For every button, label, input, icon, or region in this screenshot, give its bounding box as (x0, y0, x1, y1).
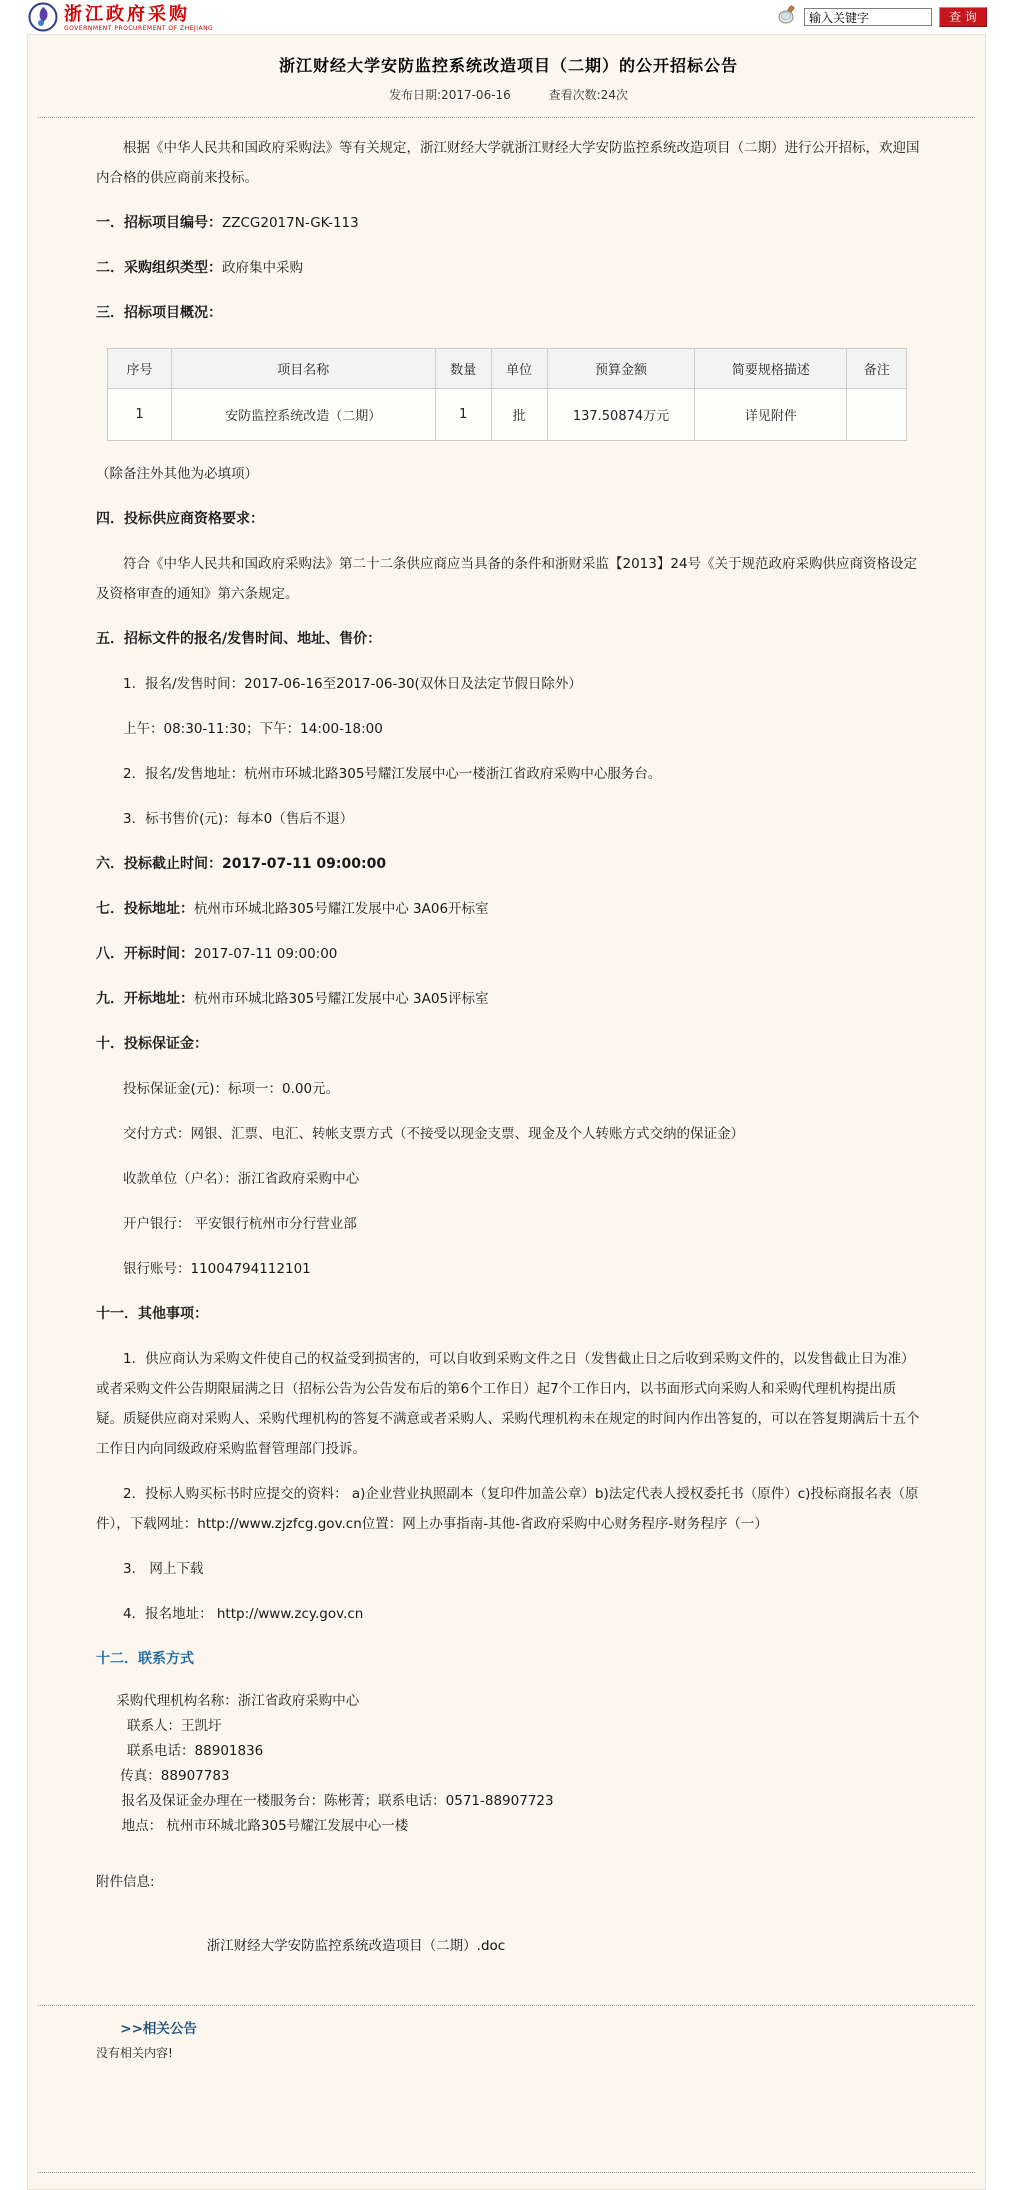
other-matters-item2: 2．投标人购买标书时应提交的资料： a)企业营业执照副本（复印件加盖公章）b)法… (96, 1479, 921, 1539)
section-3-overview: 三．招标项目概况： (96, 298, 921, 328)
project-number-value: ZZCG2017N-GK-113 (222, 215, 359, 231)
site-header: 浙江政府采购 GOVERNMENT PROCUREMENT OF ZHEJIAN… (0, 0, 1013, 34)
section-8-open-time: 八．开标时间：2017-07-11 09:00:00 (96, 939, 921, 969)
bid-address-value: 杭州市环城北路305号耀江发展中心 3A06开标室 (194, 901, 489, 917)
deposit-account: 银行账号：11004794112101 (96, 1254, 921, 1284)
section-7-bid-address: 七．投标地址：杭州市环城北路305号耀江发展中心 3A06开标室 (96, 894, 921, 924)
cell-name: 安防监控系统改造（二期） (171, 389, 435, 441)
related-empty-message: 没有相关内容! (96, 2042, 921, 2064)
cell-serial: 1 (108, 389, 172, 441)
org-type-value: 政府集中采购 (222, 260, 303, 276)
contact-person: 联系人：王凯圩 (96, 1714, 921, 1739)
section-4-qualifications: 四．投标供应商资格要求： (96, 504, 921, 534)
search-button[interactable]: 查 询 (939, 7, 987, 27)
contact-service-desk: 报名及保证金办理在一楼服务台：陈彬菁；联系电话：0571-88907723 (96, 1789, 921, 1814)
section-4-text: 符合《中华人民共和国政府采购法》第二十二条供应商应当具备的条件和浙财采监【201… (96, 549, 921, 609)
logo-icon (28, 2, 58, 36)
contact-location: 地点： 杭州市环城北路305号耀江发展中心一楼 (96, 1814, 921, 1839)
col-header-budget: 预算金额 (547, 349, 695, 389)
table-note: （除备注外其他为必填项） (96, 459, 921, 489)
other-matters-item3: 3． 网上下载 (96, 1554, 921, 1584)
divider-related (38, 2005, 975, 2006)
col-header-remark: 备注 (847, 349, 907, 389)
other-matters-item4: 4．报名地址： http://www.zcy.gov.cn (96, 1599, 921, 1629)
project-overview-table: 序号 项目名称 数量 单位 预算金额 简要规格描述 备注 1 安防监控系统改造（… (107, 348, 907, 441)
col-header-spec: 简要规格描述 (695, 349, 847, 389)
section-2-org-type: 二．采购组织类型：政府集中采购 (96, 253, 921, 283)
col-header-serial: 序号 (108, 349, 172, 389)
divider-top (38, 117, 975, 118)
section-6-bid-deadline: 六．投标截止时间：2017-07-11 09:00:00 (96, 849, 921, 879)
cell-spec: 详见附件 (695, 389, 847, 441)
table-header-row: 序号 项目名称 数量 单位 预算金额 简要规格描述 备注 (108, 349, 907, 389)
col-header-name: 项目名称 (171, 349, 435, 389)
attachment-label: 附件信息: (96, 1867, 921, 1897)
bid-deadline-value: 2017-07-11 09:00:00 (222, 856, 386, 872)
table-row: 1 安防监控系统改造（二期） 1 批 137.50874万元 详见附件 (108, 389, 907, 441)
article-meta: 发布日期:2017-06-16 查看次数:24次 (96, 86, 921, 103)
cell-unit: 批 (491, 389, 547, 441)
cell-budget: 137.50874万元 (547, 389, 695, 441)
section-11-other-matters: 十一．其他事项： (96, 1299, 921, 1329)
deposit-payment-method: 交付方式：网银、汇票、电汇、转帐支票方式（不接受以现金支票、现金及个人转账方式交… (96, 1119, 921, 1149)
search-icon (777, 5, 797, 29)
sale-time-item: 1．报名/发售时间：2017-06-16至2017-06-30(双休日及法定节假… (96, 669, 921, 699)
other-matters-item1: 1．供应商认为采购文件使自己的权益受到损害的，可以自收到采购文件之日（发售截止日… (96, 1344, 921, 1464)
intro-paragraph: 根据《中华人民共和国政府采购法》等有关规定，浙江财经大学就浙江财经大学安防监控系… (96, 133, 921, 193)
sale-address-item: 2．报名/发售地址：杭州市环城北路305号耀江发展中心一楼浙江省政府采购中心服务… (96, 759, 921, 789)
site-logo[interactable]: 浙江政府采购 GOVERNMENT PROCUREMENT OF ZHEJIAN… (28, 2, 213, 36)
search-input[interactable] (804, 8, 932, 26)
page-title: 浙江财经大学安防监控系统改造项目（二期）的公开招标公告 (96, 53, 921, 76)
cell-qty: 1 (435, 389, 491, 441)
logo-title: 浙江政府采购 (64, 6, 213, 24)
search-bar: 查 询 (777, 5, 987, 29)
open-time-value: 2017-07-11 09:00:00 (194, 946, 337, 962)
deposit-payee: 收款单位（户名）：浙江省政府采购中心 (96, 1164, 921, 1194)
cell-remark (847, 389, 907, 441)
section-9-open-address: 九．开标地址：杭州市环城北路305号耀江发展中心 3A05评标室 (96, 984, 921, 1014)
related-announcements-title: >>相关公告 (96, 2016, 921, 2042)
bottom-spacer (38, 2064, 975, 2172)
section-12-contact: 十二．联系方式 (96, 1644, 921, 1674)
view-count: 查看次数:24次 (549, 88, 628, 102)
sale-price-item: 3．标书售价(元)：每本0（售后不退） (96, 804, 921, 834)
col-header-qty: 数量 (435, 349, 491, 389)
contact-phone: 联系电话：88901836 (96, 1739, 921, 1764)
contact-fax: 传真：88907783 (96, 1764, 921, 1789)
logo-subtitle: GOVERNMENT PROCUREMENT OF ZHEJIANG (64, 26, 213, 32)
deposit-bank: 开户银行： 平安银行杭州市分行营业部 (96, 1209, 921, 1239)
publish-date: 发布日期:2017-06-16 (389, 88, 511, 102)
section-10-deposit: 十．投标保证金： (96, 1029, 921, 1059)
col-header-unit: 单位 (491, 349, 547, 389)
attachment-link[interactable]: 浙江财经大学安防监控系统改造项目（二期）.doc (96, 1931, 921, 1961)
deposit-amount: 投标保证金(元)：标项一：0.00元。 (96, 1074, 921, 1104)
announcement-panel: 浙江财经大学安防监控系统改造项目（二期）的公开招标公告 发布日期:2017-06… (27, 34, 986, 2190)
contact-block: 采购代理机构名称：浙江省政府采购中心 联系人：王凯圩 联系电话：88901836… (96, 1689, 921, 1839)
open-address-value: 杭州市环城北路305号耀江发展中心 3A05评标室 (194, 991, 489, 1007)
contact-agency: 采购代理机构名称：浙江省政府采购中心 (96, 1689, 921, 1714)
section-5-document-sale: 五．招标文件的报名/发售时间、地址、售价： (96, 624, 921, 654)
sale-hours-item: 上午：08:30-11:30；下午：14:00-18:00 (96, 714, 921, 744)
section-1-project-number: 一．招标项目编号：ZZCG2017N-GK-113 (96, 208, 921, 238)
